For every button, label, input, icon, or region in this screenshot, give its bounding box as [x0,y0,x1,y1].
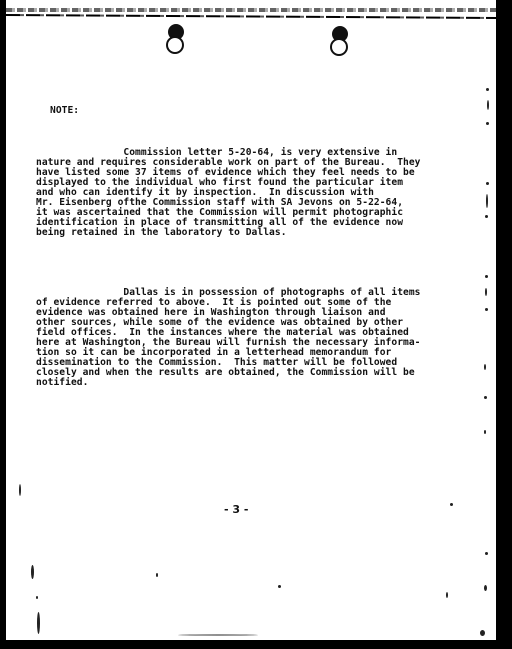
torn-top-edge [6,8,496,12]
scan-speck [278,585,281,588]
scan-speck [484,585,487,591]
punch-hole-left [166,24,186,58]
paragraph-1: Commission letter 5-20-64, is very exten… [36,148,421,238]
scan-speck [450,503,453,506]
scan-right-border [496,0,512,649]
scan-speck [485,275,488,278]
paragraph-2: Dallas is in possession of photographs o… [36,288,421,388]
scan-speck [486,88,489,91]
punch-hole-right [330,26,350,60]
scan-speck [31,565,34,579]
scan-speck [37,612,40,634]
scan-speck [480,630,485,636]
scan-speck [484,396,487,399]
torn-top-edge-line [6,14,496,19]
scan-bottom-border [0,640,512,649]
scan-speck [485,308,488,311]
scan-speck [486,182,489,185]
scan-speck [486,194,488,208]
scan-speck [485,215,488,218]
scan-speck [485,288,487,296]
document-page: NOTE: Commission letter 5-20-64, is very… [6,0,496,640]
scan-speck [156,573,158,577]
scan-speck [36,596,38,599]
scan-speck [485,552,488,555]
scan-speck [486,122,489,125]
note-label: NOTE: [50,106,421,116]
scan-speck [487,100,489,110]
scan-speck [484,430,486,434]
document-body: NOTE: Commission letter 5-20-64, is very… [36,86,421,408]
scan-speck [484,364,486,370]
scan-speck [19,484,21,496]
scan-speck [446,592,448,598]
scan-speck [178,634,258,636]
page-number: - 3 - [224,503,248,516]
